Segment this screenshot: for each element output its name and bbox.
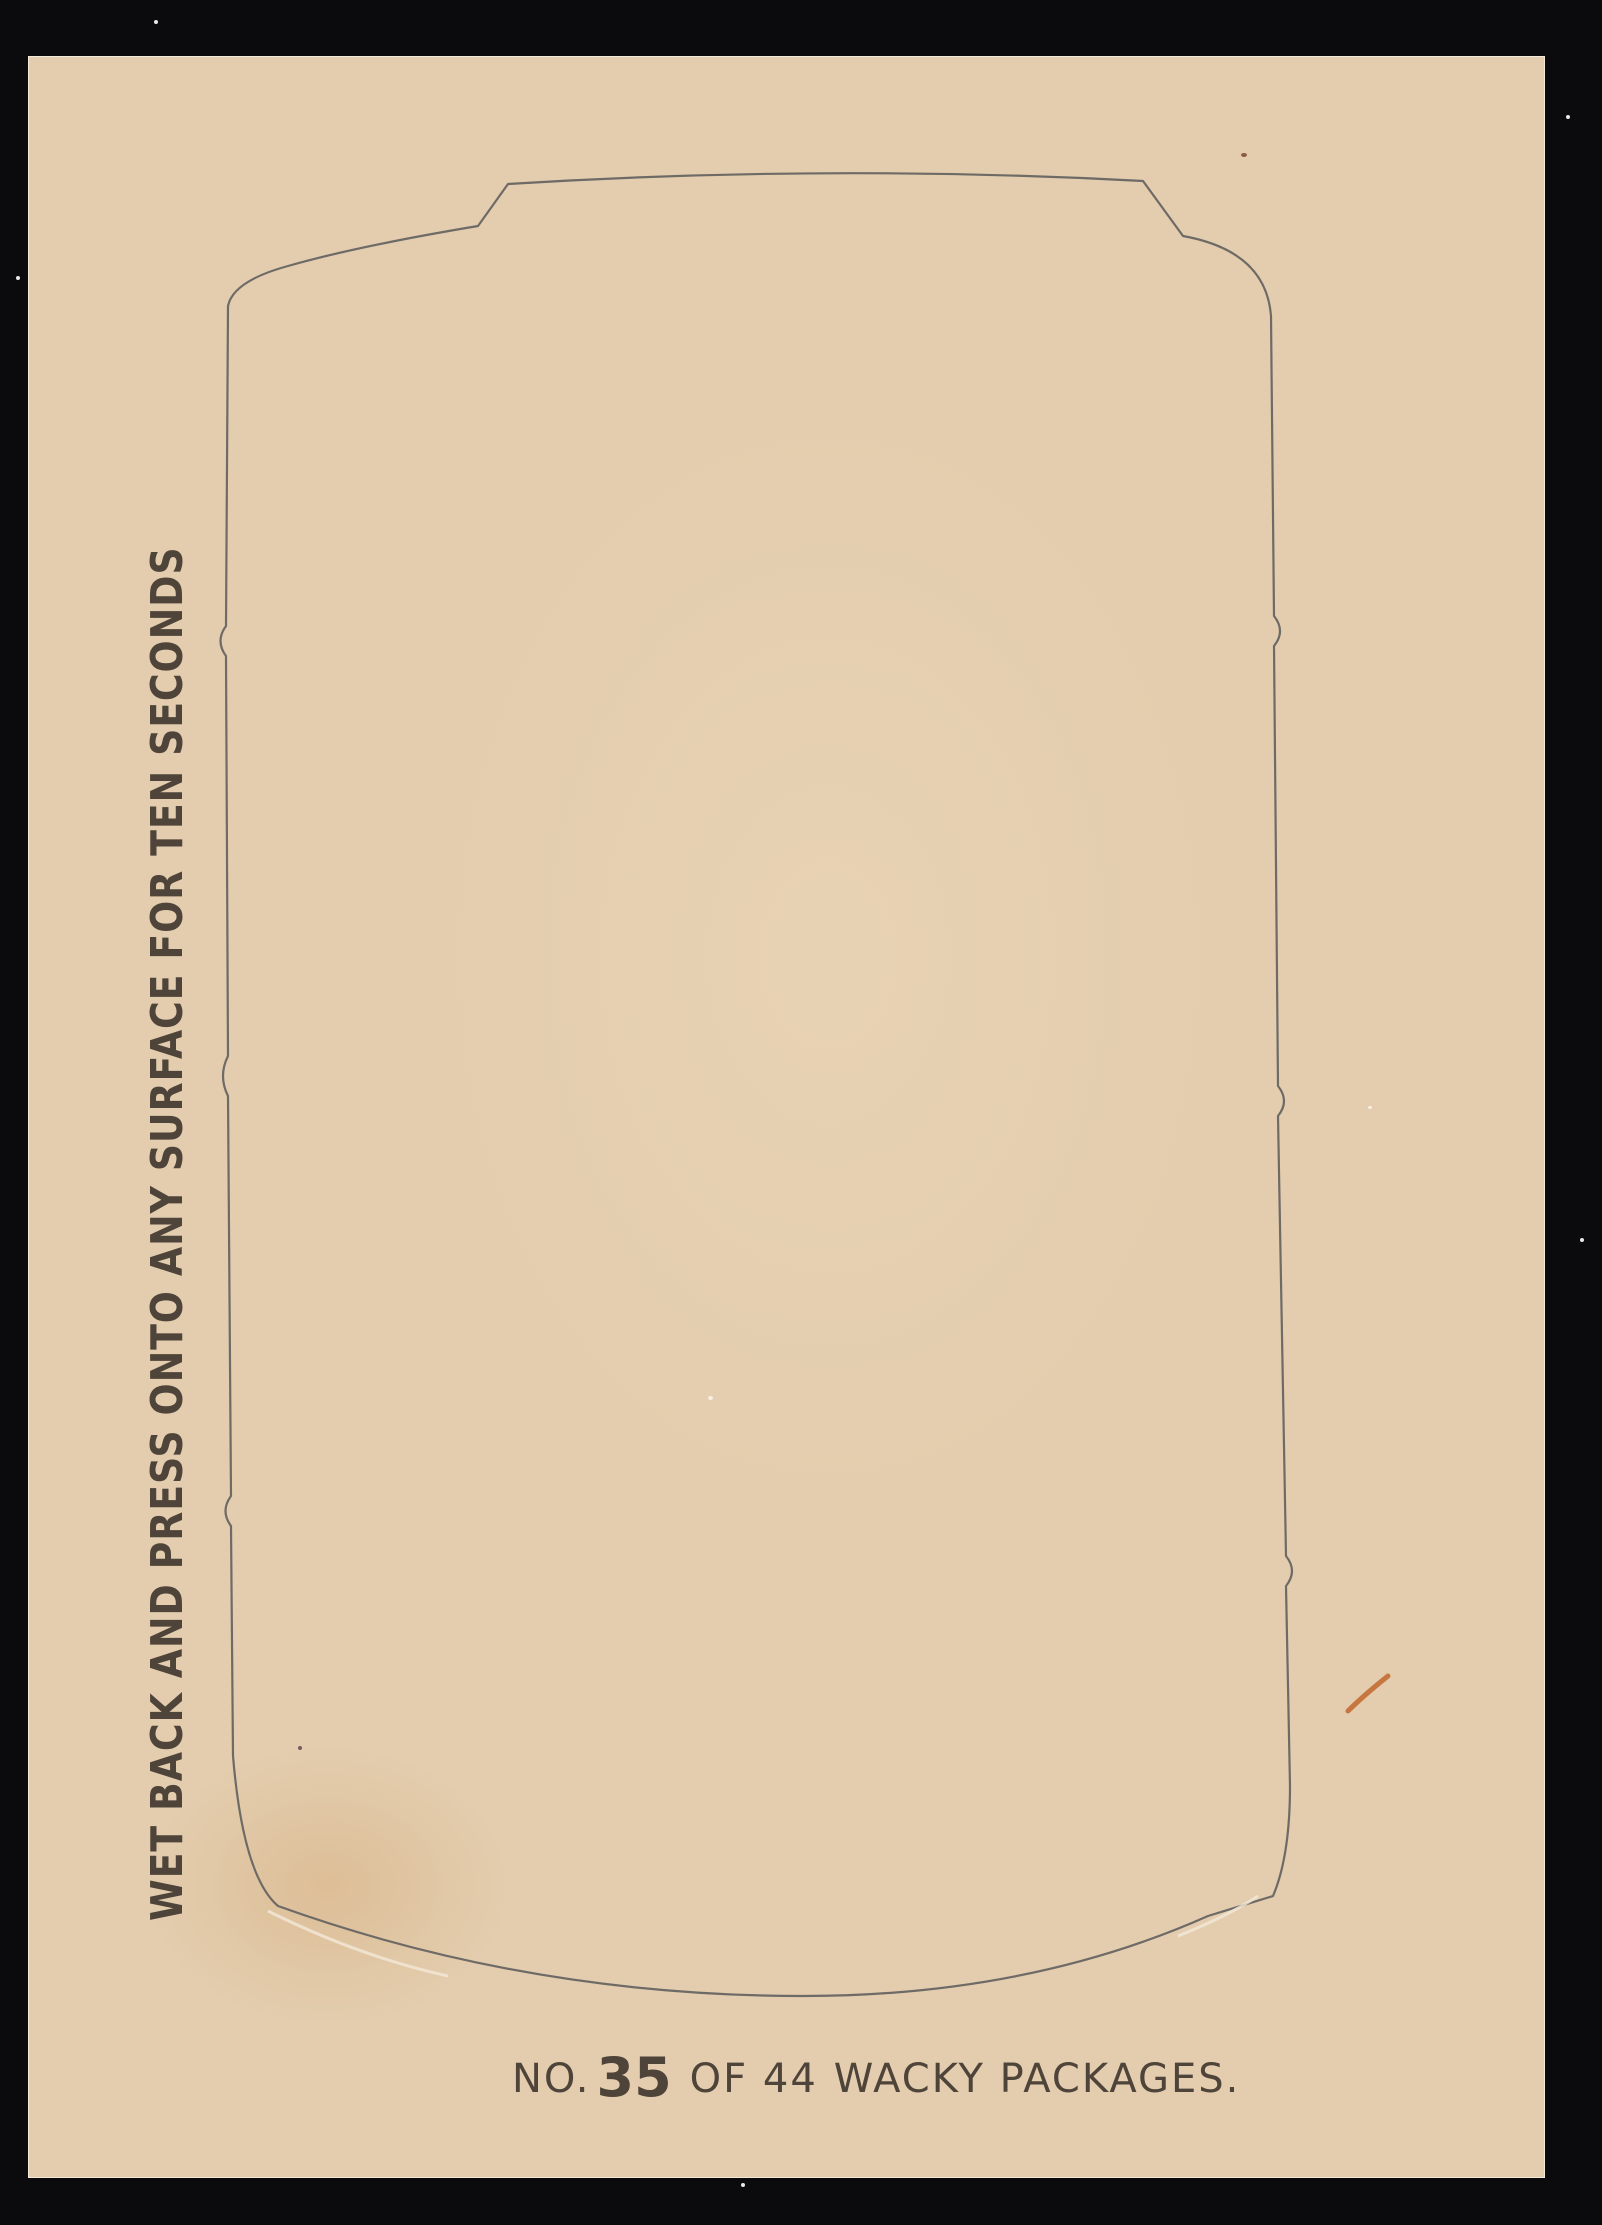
scan-dust-speck [1566,115,1570,119]
ink-fleck [708,1396,713,1400]
card-number-line: NO.35OF 44WACKY PACKAGES. [512,2046,1240,2109]
scan-dust-speck [16,276,20,280]
set-count: OF 44 [690,2056,818,2102]
ink-fleck [1241,153,1247,157]
card-number: 35 [597,2046,672,2109]
number-prefix: NO. [512,2056,591,2102]
series-name: WACKY PACKAGES. [834,2056,1241,2102]
scan-dust-speck [154,20,158,24]
trading-card-back: WET BACK AND PRESS ONTO ANY SURFACE FOR … [28,56,1545,2178]
ink-fleck [1368,1106,1372,1109]
scan-dust-speck [1580,1238,1584,1242]
ink-fleck [298,1746,302,1750]
sticker-die-cut-outline [28,56,1545,2178]
application-instructions: WET BACK AND PRESS ONTO ANY SURFACE FOR … [142,547,193,1921]
scan-dust-speck [741,2183,745,2187]
